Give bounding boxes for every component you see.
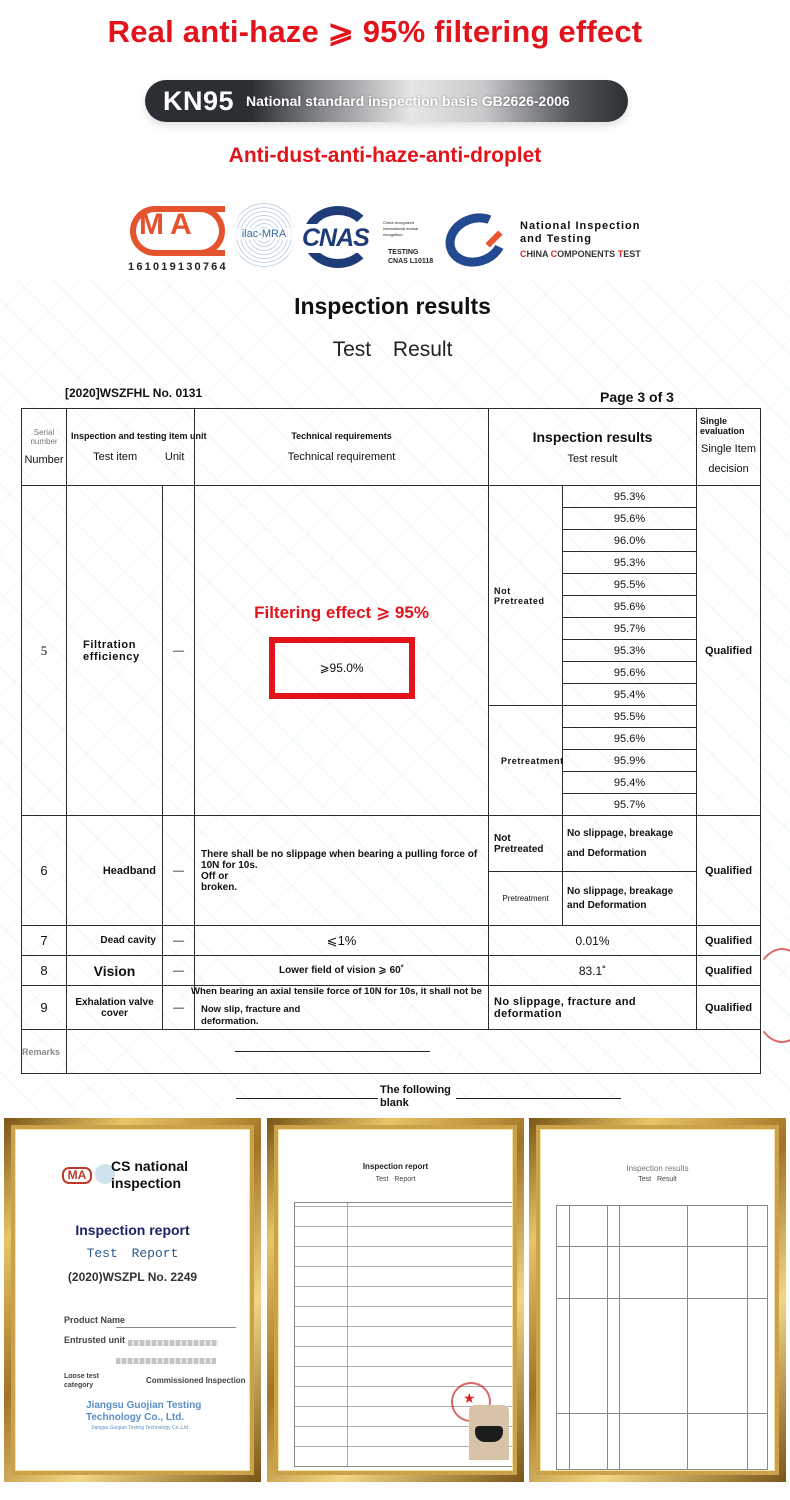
decision: Qualified bbox=[697, 486, 761, 816]
inspection-results-table: Serial number Number Inspection and test… bbox=[21, 408, 761, 1074]
row-item: Vision bbox=[67, 956, 163, 986]
following-blank-note: The following blank bbox=[380, 1084, 460, 1110]
field-line bbox=[116, 1327, 236, 1328]
header-req-small: Technical requirements bbox=[195, 431, 488, 441]
decision: Qualified bbox=[697, 816, 761, 926]
result-value: 95.3% bbox=[563, 486, 697, 508]
row-item: Headband bbox=[67, 816, 163, 926]
requirement-highlight-box: ⩾95.0% bbox=[269, 637, 415, 699]
result-value: 95.6% bbox=[563, 728, 697, 750]
row-unit: — bbox=[163, 926, 195, 956]
row-item: Dead cavity bbox=[67, 926, 163, 956]
cert2-title: Inspection report bbox=[279, 1162, 512, 1171]
row-unit: — bbox=[163, 816, 195, 926]
header-requirement: Technical requirements Technical require… bbox=[195, 409, 489, 486]
table-row: 6 Headband — There shall be no slippage … bbox=[22, 816, 761, 872]
decision: Qualified bbox=[697, 956, 761, 986]
header-unit-label: Unit bbox=[159, 451, 190, 463]
standard-basis: National standard inspection basis GB262… bbox=[246, 93, 570, 109]
cert-company: Jiangsu Guojian Testing Technology Co., … bbox=[86, 1400, 216, 1424]
remarks-line bbox=[235, 1051, 430, 1052]
cert-field-category: Loose test category bbox=[64, 1372, 104, 1390]
cert-title: CS national inspection bbox=[111, 1158, 211, 1192]
cert-field-product: Product Name bbox=[64, 1315, 125, 1325]
row-unit: — bbox=[163, 956, 195, 986]
header-results: Inspection results Test result bbox=[489, 409, 697, 486]
requirement-extra: Off or broken. bbox=[201, 871, 241, 893]
blurred-value bbox=[116, 1358, 216, 1364]
model-label: KN95 bbox=[163, 86, 234, 117]
cert3-title: Inspection results bbox=[541, 1164, 774, 1173]
group-label: Not Pretreated bbox=[489, 816, 563, 872]
cct-word: OMPONENTS bbox=[557, 249, 618, 259]
cert-company-small: Jiangsu Guojian Testing Technology Co.,L… bbox=[91, 1425, 188, 1431]
result-value: 95.3% bbox=[563, 552, 697, 574]
row-requirement: There shall be no slippage when bearing … bbox=[195, 816, 489, 926]
group-result: No slippage, breakage and Deformation bbox=[563, 816, 697, 872]
decision: Qualified bbox=[697, 926, 761, 956]
ilac-mra-text: ilac-MRA bbox=[233, 228, 295, 240]
cma-mini-logo-icon: MA bbox=[62, 1167, 92, 1184]
row-item: Filtration efficiency bbox=[67, 486, 163, 816]
header-serial-label: Number bbox=[22, 454, 66, 466]
header-results-big: Inspection results bbox=[489, 429, 696, 445]
certificate-report-page: Inspection report Test Report ★ bbox=[267, 1118, 524, 1482]
cnas-logo-text: CNAS bbox=[301, 224, 370, 253]
row-requirement: Filtering effect ⩾ 95%⩾95.0% bbox=[195, 486, 489, 816]
row-number: 9 bbox=[22, 986, 67, 1030]
table-row: 8 Vision — Lower field of vision ⩾ 60˚ 8… bbox=[22, 956, 761, 986]
remarks-label: Remarks bbox=[22, 1030, 67, 1074]
cma-number: 161019130764 bbox=[128, 261, 228, 273]
cert-report-title: Inspection report bbox=[16, 1222, 249, 1238]
page-indicator: Page 3 of 3 bbox=[600, 389, 674, 405]
table-row: 5Filtration efficiency—Filtering effect … bbox=[22, 486, 761, 508]
cct-line-2: and Testing bbox=[520, 233, 640, 246]
header-results-label: Test result bbox=[489, 453, 696, 465]
header-item-label: Test item bbox=[71, 451, 159, 463]
result-value: 95.4% bbox=[563, 684, 697, 706]
table-row: 7 Dead cavity — ⩽1% 0.01% Qualified bbox=[22, 926, 761, 956]
group-label: Pretreatment bbox=[489, 872, 563, 926]
header-item: Inspection and testing item unit Test it… bbox=[67, 409, 195, 486]
cert2-subtitle: Test Report bbox=[279, 1176, 512, 1183]
header-item-small: Inspection and testing item unit bbox=[71, 431, 190, 441]
blank-line-right bbox=[456, 1098, 621, 1099]
header-evaluation: Single evaluation Single Item decision bbox=[697, 409, 761, 486]
remarks-row: Remarks bbox=[22, 1030, 761, 1074]
cct-logo-icon bbox=[438, 205, 514, 275]
cert-field-entrusted: Entrusted unit bbox=[64, 1335, 125, 1345]
table-row: 9 Exhalation valve cover — When bearing … bbox=[22, 986, 761, 1030]
result-value: 95.7% bbox=[563, 794, 697, 816]
row-result: No slippage, fracture and deformation bbox=[489, 986, 697, 1030]
row-result: 0.01% bbox=[489, 926, 697, 956]
results-title: Inspection results bbox=[0, 293, 785, 320]
cct-word: EST bbox=[623, 249, 641, 259]
header-req-label: Technical requirement bbox=[195, 451, 488, 463]
requirement-value: ⩾95.0% bbox=[319, 661, 363, 675]
report-number: [2020]WSZFHL No. 0131 bbox=[65, 386, 202, 400]
group-label: Not Pretreated bbox=[489, 486, 563, 706]
row-number: 5 bbox=[22, 486, 67, 816]
result-value: 95.6% bbox=[563, 508, 697, 530]
cert-number: (2020)WSZPL No. 2249 bbox=[16, 1270, 249, 1284]
row-requirement: ⩽1% bbox=[195, 926, 489, 956]
group-label: Pretreatment bbox=[489, 706, 563, 816]
filter-claim: Filtering effect ⩾ 95% bbox=[195, 603, 488, 623]
result-value: 95.5% bbox=[563, 706, 697, 728]
cert3-subtitle: Test Result bbox=[541, 1176, 774, 1183]
remarks-content bbox=[67, 1030, 761, 1074]
table-header-row: Serial number Number Inspection and test… bbox=[22, 409, 761, 486]
blurred-value bbox=[128, 1340, 218, 1346]
row-item: Exhalation valve cover bbox=[67, 986, 163, 1030]
cct-title: National Inspection and Testing bbox=[520, 220, 640, 246]
requirement-text: There shall be no slippage when bearing … bbox=[201, 849, 482, 871]
decision: Qualified bbox=[697, 986, 761, 1030]
result-value: 95.5% bbox=[563, 574, 697, 596]
row-filtration: 5Filtration efficiency—Filtering effect … bbox=[22, 486, 761, 816]
header-serial-small: Serial number bbox=[22, 428, 66, 446]
header-eval-small: Single evaluation bbox=[700, 416, 757, 436]
cnas-code: CNAS L10118 bbox=[388, 257, 433, 266]
header-eval-label: Single Item decision bbox=[700, 439, 757, 479]
cnas-note: China recognized International mutual re… bbox=[383, 220, 423, 238]
row-number: 8 bbox=[22, 956, 67, 986]
blank-line-left bbox=[236, 1098, 378, 1099]
result-value: 95.3% bbox=[563, 640, 697, 662]
cert-report-sub: Test Report bbox=[16, 1246, 249, 1261]
certificate-cover: MA CS national inspection Inspection rep… bbox=[4, 1118, 261, 1482]
cct-line-3: CHINA COMPONENTS TEST bbox=[520, 249, 641, 259]
requirement-text: When bearing an axial tensile force of 1… bbox=[191, 986, 488, 998]
headline: Real anti-haze ⩾ 95% filtering effect bbox=[0, 14, 750, 50]
row-number: 7 bbox=[22, 926, 67, 956]
result-value: 96.0% bbox=[563, 530, 697, 552]
row-requirement: Lower field of vision ⩾ 60˚ bbox=[195, 956, 489, 986]
row-unit: — bbox=[163, 986, 195, 1030]
cma-logo-text: MA bbox=[139, 208, 198, 242]
row-result: 83.1˚ bbox=[489, 956, 697, 986]
result-value: 95.9% bbox=[563, 750, 697, 772]
kn95-badge: KN95 National standard inspection basis … bbox=[145, 80, 628, 122]
result-value: 95.7% bbox=[563, 618, 697, 640]
results-subtitle: Test Result bbox=[0, 338, 785, 362]
cct-line-1: National Inspection bbox=[520, 220, 640, 233]
result-value: 95.4% bbox=[563, 772, 697, 794]
row-number: 6 bbox=[22, 816, 67, 926]
header-serial: Serial number Number bbox=[22, 409, 67, 486]
mask-icon bbox=[475, 1426, 503, 1442]
row-unit: — bbox=[163, 486, 195, 816]
row-requirement: When bearing an axial tensile force of 1… bbox=[195, 986, 489, 1030]
subheadline: Anti-dust-anti-haze-anti-droplet bbox=[0, 144, 770, 168]
cct-word: HINA bbox=[527, 249, 551, 259]
cert-category-value: Commissioned Inspection bbox=[146, 1376, 246, 1385]
certification-logos: MA 161019130764 ilac-MRA CNAS China reco… bbox=[125, 198, 665, 278]
group-result: No slippage, breakage and Deformation bbox=[563, 872, 697, 926]
cnas-testing: TESTING CNAS L10118 bbox=[388, 248, 433, 266]
result-value: 95.6% bbox=[563, 596, 697, 618]
mini-results-table bbox=[556, 1205, 768, 1470]
requirement-extra: Now slip, fracture and deformation. bbox=[195, 1004, 325, 1028]
result-value: 95.6% bbox=[563, 662, 697, 684]
certificate-results-page: Inspection results Test Result bbox=[529, 1118, 786, 1482]
cnas-testing-label: TESTING bbox=[388, 248, 433, 257]
